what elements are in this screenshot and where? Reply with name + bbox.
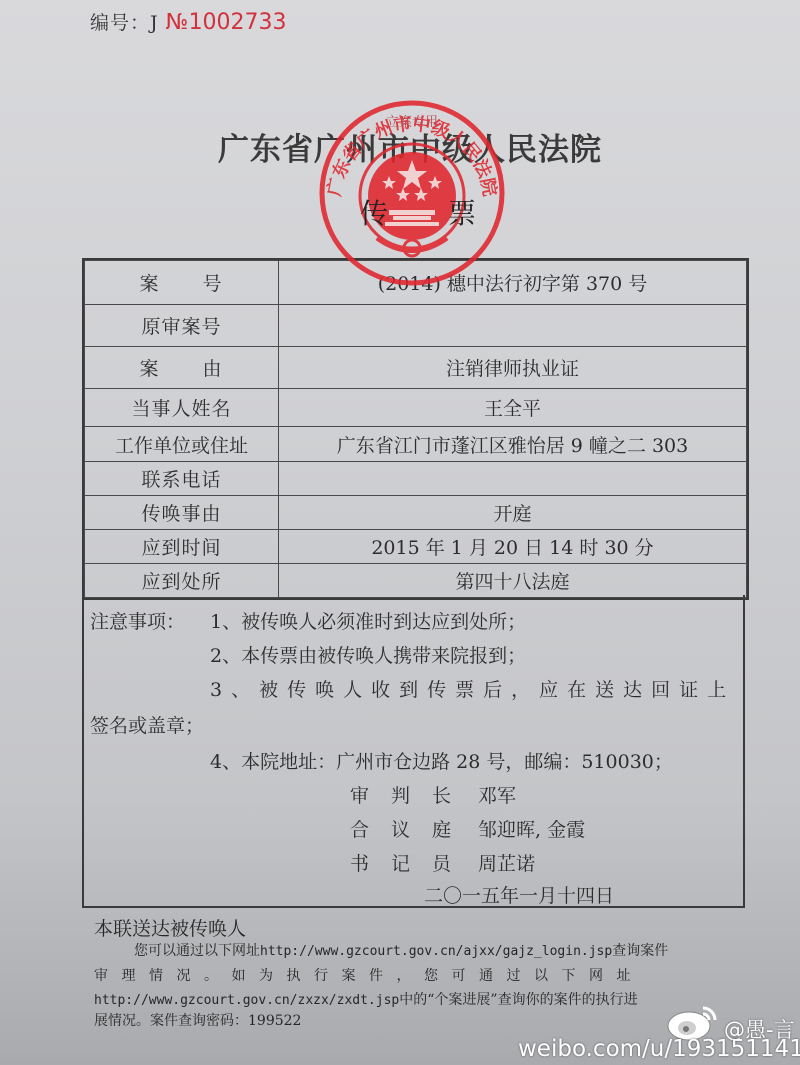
case-query-link[interactable]: http://www.gzcourt.gov.cn/ajxx/gajz_logi… (260, 944, 612, 959)
document-type: 传票 (300, 192, 520, 232)
serial-prefix: № (166, 10, 189, 35)
notes-heading: 注意事项： (90, 607, 185, 634)
footer-line-3: http://www.gzcourt.gov.cn/zxzx/zxdt.jsp中… (94, 989, 638, 1009)
table-row: 当事人姓名 王全平 (85, 389, 747, 427)
notes-section: 注意事项： 1、被传唤人必须准时到达应到处所； 2、本传票由被传唤人携带来院报到… (82, 595, 745, 908)
table-row: 传唤事由 开庭 (85, 496, 747, 530)
note-item: 2、本传票由被传唤人携带来院报到； (210, 641, 526, 668)
note-item: 1、被传唤人必须准时到达应到处所； (210, 607, 526, 634)
table-row: 原审案号 (85, 305, 747, 347)
signatory-presiding-judge: 审判长邓军 (350, 781, 516, 808)
row-label: 案 由 (85, 347, 279, 389)
row-label: 工作单位或住址 (85, 427, 279, 462)
serial-label: 编号：J (90, 12, 166, 34)
execution-progress-link[interactable]: http://www.gzcourt.gov.cn/zxzx/zxdt.jsp (94, 993, 399, 1008)
table-row: 联系电话 (85, 462, 747, 496)
signatory-panel: 合议庭邹迎晖, 金霞 (350, 815, 585, 842)
row-value: 注销律师执业证 (279, 347, 747, 389)
row-value (279, 462, 747, 496)
row-label: 案 号 (85, 261, 279, 305)
footer-line-4: 展情况。案件查询密码：199522 (94, 1010, 301, 1030)
copy-note: 本联送达被传唤人 (94, 914, 246, 941)
svg-text:立案专用: 立案专用 (386, 114, 438, 130)
signatory-name: 周芷诺 (478, 853, 535, 875)
table-row: 应到处所 第四十八法庭 (85, 564, 747, 598)
row-value: 开庭 (279, 496, 747, 530)
signatory-role: 合议庭 (350, 815, 478, 842)
row-value: 第四十八法庭 (279, 564, 747, 598)
row-label: 原审案号 (85, 305, 279, 347)
watermark-url: weibo.com/u/1931511414 (518, 1036, 800, 1062)
note-item: 4、本院地址：广州市仓边路 28 号，邮编：510030； (210, 747, 673, 774)
table-row: 应到时间 2015 年 1 月 20 日 14 时 30 分 (85, 530, 747, 564)
serial-value: 1002733 (189, 10, 287, 35)
row-label: 应到处所 (85, 564, 279, 598)
signatory-role: 书记员 (350, 849, 478, 876)
signatory-name: 邹迎晖, 金霞 (478, 819, 585, 841)
signatory-name: 邓军 (478, 785, 516, 807)
signatory-role: 审判长 (350, 781, 478, 808)
table-row: 工作单位或住址 广东省江门市蓬江区雅怡居 9 幢之二 303 (85, 427, 747, 462)
case-info-table: 案 号 (2014) 穗中法行初字第 370 号 原审案号 案 由 注销律师执业… (82, 258, 749, 600)
footer-line-1: 您可以通过以下网址http://www.gzcourt.gov.cn/ajxx/… (134, 940, 668, 960)
row-label: 传唤事由 (85, 496, 279, 530)
serial-number: 编号：J №1002733 (90, 8, 287, 35)
row-value (279, 305, 747, 347)
note-item: 3、被传唤人收到传票后，应在送达回证上 (210, 675, 735, 702)
row-label: 当事人姓名 (85, 389, 279, 427)
footer-line-2: 审理情况。如为执行案件，您可通过以下网址 (94, 965, 644, 985)
row-value: 2015 年 1 月 20 日 14 时 30 分 (279, 530, 747, 564)
row-label: 联系电话 (85, 462, 279, 496)
table-row: 案 由 注销律师执业证 (85, 347, 747, 389)
row-value: 王全平 (279, 389, 747, 427)
issue-date: 二〇一五年一月十四日 (424, 881, 614, 908)
row-value: 广东省江门市蓬江区雅怡居 9 幢之二 303 (279, 427, 747, 462)
row-label: 应到时间 (85, 530, 279, 564)
signatory-clerk: 书记员周芷诺 (350, 849, 535, 876)
note-item: 签名或盖章； (90, 711, 204, 738)
